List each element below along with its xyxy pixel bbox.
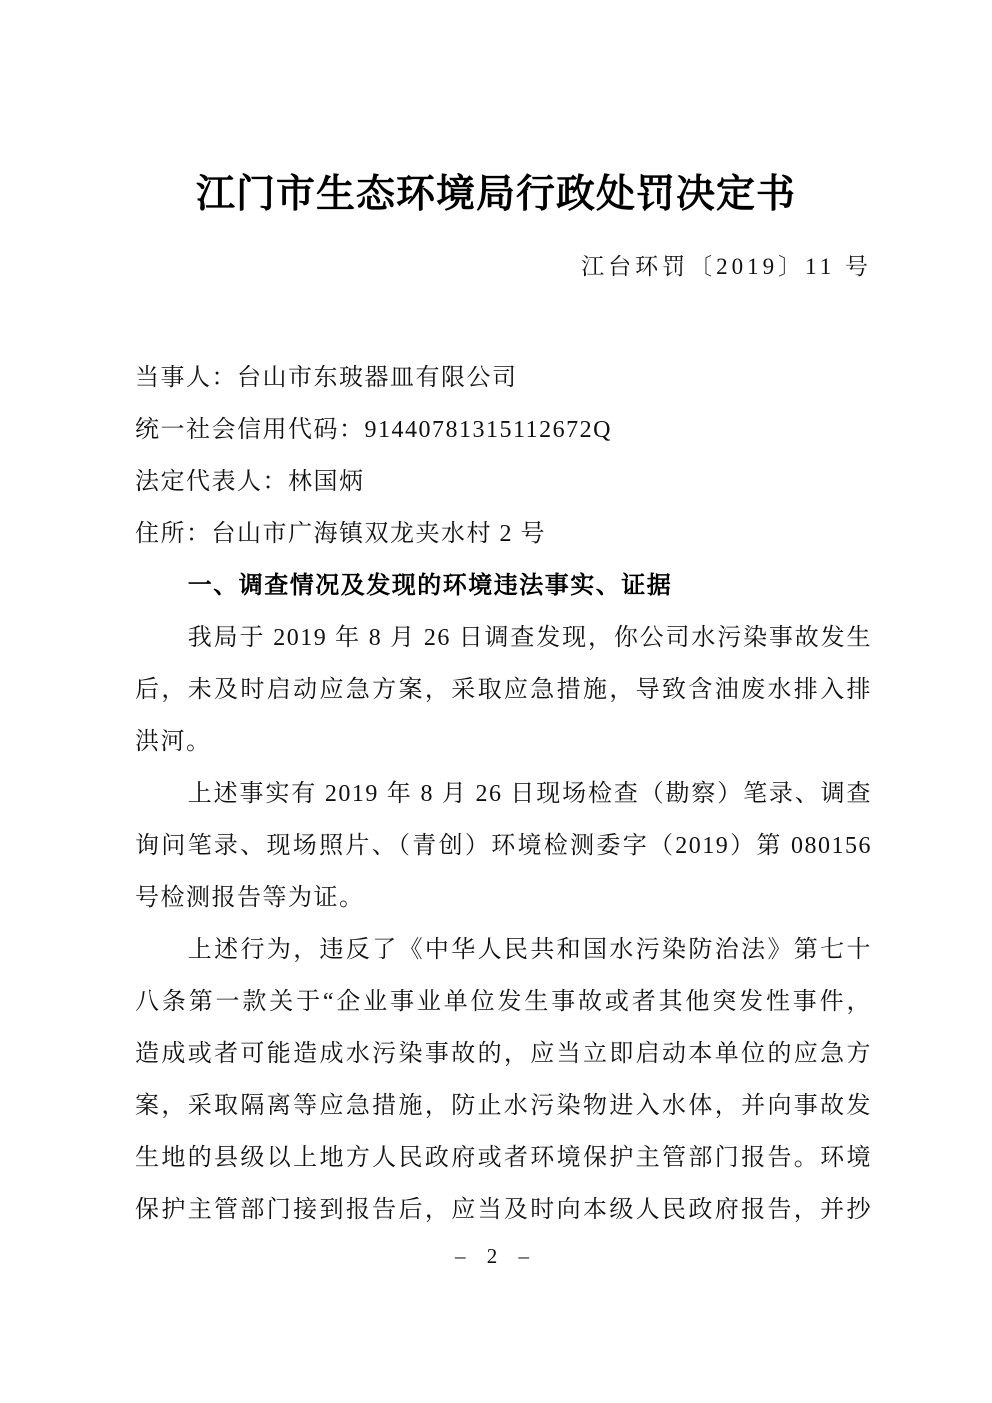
document-line: 后，未及时启动应急方案，采取应急措施，导致含油废水排入排 xyxy=(135,664,872,716)
document-line: 当事人：台山市东玻器皿有限公司 xyxy=(135,352,872,404)
document-number: 江台环罚〔2019〕11 号 xyxy=(0,248,872,281)
document-line: 生地的县级以上地方人民政府或者环境保护主管部门报告。环境 xyxy=(135,1132,872,1184)
document-line: 询问笔录、现场照片、（青创）环境检测委字（2019）第 080156 xyxy=(135,820,872,872)
document-line: 八条第一款关于“企业事业单位发生事故或者其他突发性事件， xyxy=(135,976,872,1028)
document-line: 造成或者可能造成水污染事故的，应当立即启动本单位的应急方 xyxy=(135,1028,872,1080)
document-line: 上述行为，违反了《中华人民共和国水污染防治法》第七十 xyxy=(135,924,872,976)
document-line: 一、调查情况及发现的环境违法事实、证据 xyxy=(135,560,872,612)
document-body: 当事人：台山市东玻器皿有限公司统一社会信用代码：9144078131511267… xyxy=(135,352,872,1236)
document-line: 上述事实有 2019 年 8 月 26 日现场检查（勘察）笔录、调查 xyxy=(135,768,872,820)
document-line: 保护主管部门接到报告后，应当及时向本级人民政府报告，并抄 xyxy=(135,1184,872,1236)
document-line: 案，采取隔离等应急措施，防止水污染物进入水体，并向事故发 xyxy=(135,1080,872,1132)
document-line: 号检测报告等为证。 xyxy=(135,872,872,924)
document-line: 法定代表人：林国炳 xyxy=(135,456,872,508)
document-line: 我局于 2019 年 8 月 26 日调查发现，你公司水污染事故发生 xyxy=(135,612,872,664)
document-page: 江门市生态环境局行政处罚决定书 江台环罚〔2019〕11 号 当事人：台山市东玻… xyxy=(0,0,992,1403)
document-title: 江门市生态环境局行政处罚决定书 xyxy=(0,163,992,219)
document-line: 统一社会信用代码：91440781315112672Q xyxy=(135,404,872,456)
page-number: – 2 – xyxy=(0,1244,992,1269)
document-line: 洪河。 xyxy=(135,716,872,768)
document-line: 住所：台山市广海镇双龙夹水村 2 号 xyxy=(135,508,872,560)
